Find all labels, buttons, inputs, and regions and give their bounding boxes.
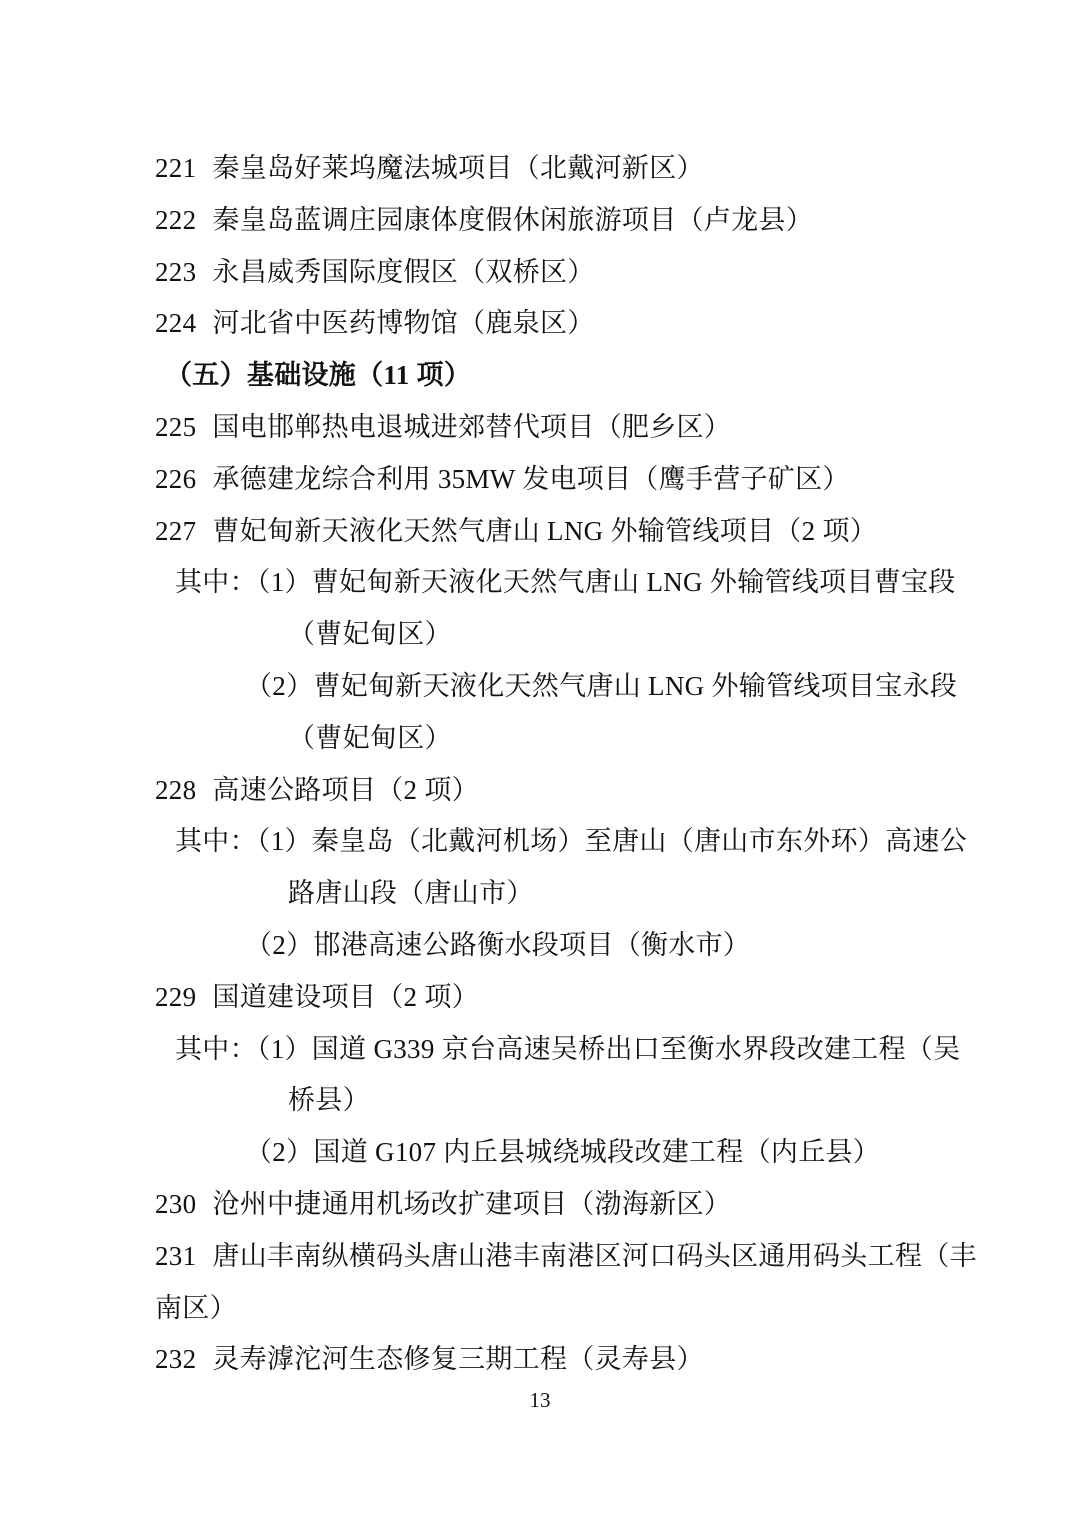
page-number: 13 [0, 1388, 1080, 1413]
list-item-232: 232灵寿滹沱河生态修复三期工程（灵寿县） [155, 1334, 955, 1386]
sub-item-text: 其中：（1）国道 G339 京台高速吴桥出口至衡水界段改建工程（吴 [175, 1034, 960, 1064]
sub-item-228-2: （2）邯港高速公路衡水段项目（衡水市） [155, 920, 955, 972]
item-number: 222 [155, 195, 196, 247]
list-item-226: 226承德建龙综合利用 35MW 发电项目（鹰手营子矿区） [155, 454, 955, 506]
item-number: 221 [155, 143, 196, 195]
item-text: 唐山丰南纵横码头唐山港丰南港区河口码头区通用码头工程（丰 [212, 1241, 976, 1271]
list-item-230: 230沧州中捷通用机场改扩建项目（渤海新区） [155, 1179, 955, 1231]
item-number: 232 [155, 1334, 196, 1386]
list-item-221: 221秦皇岛好莱坞魔法城项目（北戴河新区） [155, 143, 955, 195]
item-number: 228 [155, 765, 196, 817]
item-number: 227 [155, 506, 196, 558]
item-text: 灵寿滹沱河生态修复三期工程（灵寿县） [212, 1344, 703, 1374]
item-text: 南区） [155, 1293, 237, 1323]
sub-item-228-1-cont: 路唐山段（唐山市） [155, 868, 955, 920]
item-text: 河北省中医药博物馆（鹿泉区） [212, 308, 594, 338]
sub-item-text: 路唐山段（唐山市） [288, 878, 534, 908]
list-item-222: 222秦皇岛蓝调庄园康体度假休闲旅游项目（卢龙县） [155, 195, 955, 247]
list-item-224: 224河北省中医药博物馆（鹿泉区） [155, 298, 955, 350]
list-item-229: 229国道建设项目（2 项） [155, 972, 955, 1024]
item-text: 永昌威秀国际度假区（双桥区） [212, 257, 594, 287]
item-number: 225 [155, 402, 196, 454]
sub-item-text: 其中：（1）曹妃甸新天液化天然气唐山 LNG 外输管线项目曹宝段 [175, 567, 956, 597]
sub-item-text: 桥县） [288, 1085, 370, 1115]
item-text: 秦皇岛蓝调庄园康体度假休闲旅游项目（卢龙县） [212, 205, 813, 235]
list-item-228: 228高速公路项目（2 项） [155, 765, 955, 817]
item-number: 230 [155, 1179, 196, 1231]
item-text: 国电邯郸热电退城进郊替代项目（肥乡区） [212, 412, 731, 442]
sub-item-text: 其中：（1）秦皇岛（北戴河机场）至唐山（唐山市东外环）高速公 [175, 826, 967, 856]
document-body: 221秦皇岛好莱坞魔法城项目（北戴河新区） 222秦皇岛蓝调庄园康体度假休闲旅游… [155, 143, 955, 1386]
sub-item-227-1: 其中：（1）曹妃甸新天液化天然气唐山 LNG 外输管线项目曹宝段 [155, 557, 955, 609]
sub-item-text: （曹妃甸区） [288, 723, 452, 753]
item-number: 224 [155, 298, 196, 350]
item-text: 承德建龙综合利用 35MW 发电项目（鹰手营子矿区） [212, 464, 849, 494]
sub-item-227-2-cont: （曹妃甸区） [155, 713, 955, 765]
sub-item-229-1-cont: 桥县） [155, 1075, 955, 1127]
sub-item-227-2: （2）曹妃甸新天液化天然气唐山 LNG 外输管线项目宝永段 [155, 661, 955, 713]
document-page: 221秦皇岛好莱坞魔法城项目（北戴河新区） 222秦皇岛蓝调庄园康体度假休闲旅游… [0, 0, 1080, 1528]
sub-item-228-1: 其中：（1）秦皇岛（北戴河机场）至唐山（唐山市东外环）高速公 [155, 816, 955, 868]
sub-item-229-1: 其中：（1）国道 G339 京台高速吴桥出口至衡水界段改建工程（吴 [155, 1024, 955, 1076]
item-number: 231 [155, 1231, 196, 1283]
item-text: 曹妃甸新天液化天然气唐山 LNG 外输管线项目（2 项） [212, 516, 877, 546]
item-number: 229 [155, 972, 196, 1024]
list-item-223: 223永昌威秀国际度假区（双桥区） [155, 247, 955, 299]
list-item-225: 225国电邯郸热电退城进郊替代项目（肥乡区） [155, 402, 955, 454]
section-header-text: （五）基础设施（11 项） [165, 360, 471, 390]
item-number: 226 [155, 454, 196, 506]
item-number: 223 [155, 247, 196, 299]
sub-item-text: （2）曹妃甸新天液化天然气唐山 LNG 外输管线项目宝永段 [245, 671, 957, 701]
item-text: 沧州中捷通用机场改扩建项目（渤海新区） [212, 1189, 731, 1219]
item-text: 高速公路项目（2 项） [212, 775, 479, 805]
sub-item-229-2: （2）国道 G107 内丘县城绕城段改建工程（内丘县） [155, 1127, 955, 1179]
section-header-infrastructure: （五）基础设施（11 项） [155, 350, 955, 402]
sub-item-text: （2）邯港高速公路衡水段项目（衡水市） [245, 930, 750, 960]
list-item-231: 231唐山丰南纵横码头唐山港丰南港区河口码头区通用码头工程（丰 [155, 1231, 955, 1283]
list-item-227: 227曹妃甸新天液化天然气唐山 LNG 外输管线项目（2 项） [155, 506, 955, 558]
item-text: 国道建设项目（2 项） [212, 982, 479, 1012]
item-text: 秦皇岛好莱坞魔法城项目（北戴河新区） [212, 153, 703, 183]
list-item-231-cont: 南区） [155, 1283, 955, 1335]
sub-item-text: （曹妃甸区） [288, 619, 452, 649]
sub-item-text: （2）国道 G107 内丘县城绕城段改建工程（内丘县） [245, 1137, 880, 1167]
sub-item-227-1-cont: （曹妃甸区） [155, 609, 955, 661]
